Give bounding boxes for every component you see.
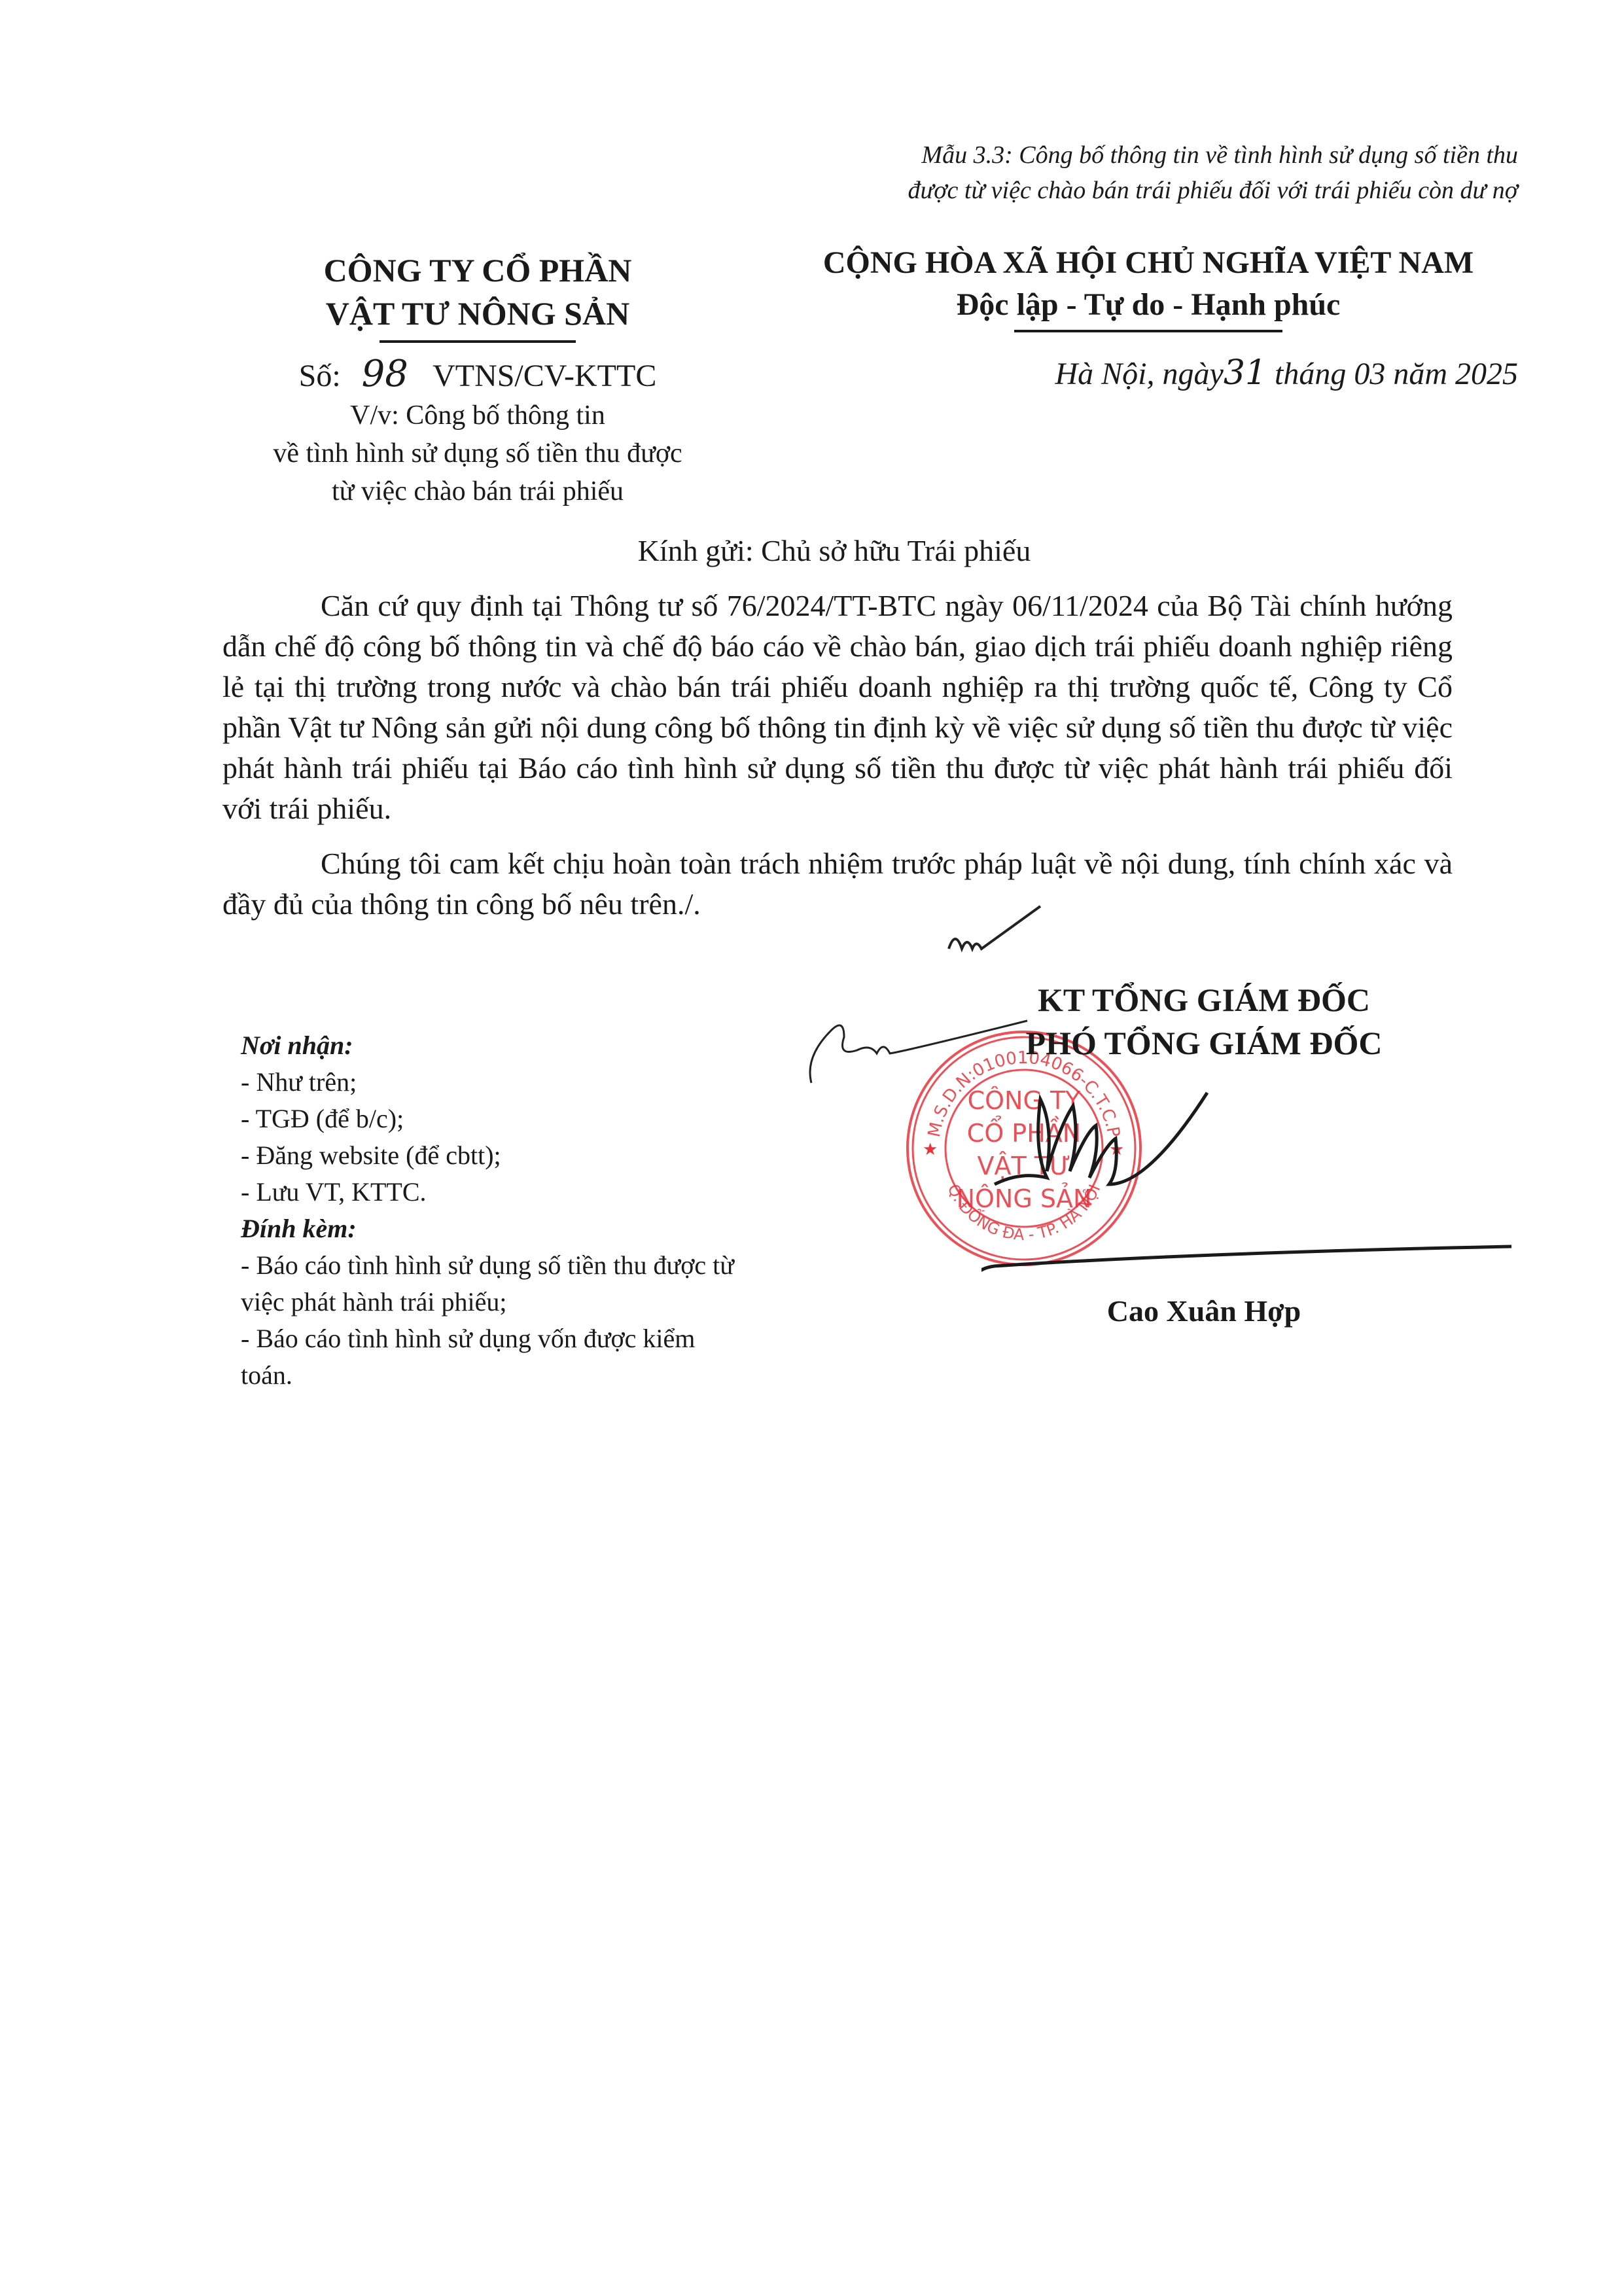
letter-body: Căn cứ quy định tại Thông tư số 76/2024/… [222, 586, 1453, 939]
doc-no-label: Số: [299, 359, 341, 393]
nation-name: CỘNG HÒA XÃ HỘI CHỦ NGHĨA VIỆT NAM [766, 242, 1531, 284]
recipient-item: - TGĐ (để b/c); [241, 1101, 751, 1137]
signatory-name: Cao Xuân Hợp [903, 1294, 1505, 1328]
recipient-item: - Đăng website (để cbtt); [241, 1137, 751, 1174]
motto-underline [1014, 330, 1282, 332]
body-paragraph-1: Căn cứ quy định tại Thông tư số 76/2024/… [222, 586, 1453, 829]
document-date: Hà Nội, ngày31 tháng 03 năm 2025 [929, 353, 1518, 393]
issuer-header: CÔNG TY CỔ PHẦN VẬT TƯ NÔNG SẢN Số: 98 V… [196, 249, 759, 510]
document-number: Số: 98 VTNS/CV-KTTC [196, 355, 759, 396]
date-suffix: tháng 03 năm 2025 [1275, 357, 1518, 391]
subject-line-2: về tình hình sử dụng số tiền thu được [196, 435, 759, 472]
company-name-line-2: VẬT TƯ NÔNG SẢN [196, 292, 759, 335]
recipient-item: - Lưu VT, KTTC. [241, 1174, 751, 1210]
attachments-label: Đính kèm: [241, 1210, 751, 1247]
handwritten-signature-icon [981, 1080, 1518, 1289]
signatory-role-line-2: PHÓ TỔNG GIÁM ĐỐC [903, 1021, 1505, 1065]
signatory-role-line-1: KT TỔNG GIÁM ĐỐC [903, 978, 1505, 1021]
body-paragraph-2: Chúng tôi cam kết chịu hoàn toàn trách n… [222, 843, 1453, 925]
attachment-item: - Báo cáo tình hình sử dụng số tiền thu … [241, 1247, 751, 1320]
subject-line-1: V/v: Công bố thông tin [196, 397, 759, 434]
subject-line-3: từ việc chào bán trái phiếu [196, 473, 759, 510]
form-template-note: Mẫu 3.3: Công bố thông tin về tình hình … [811, 137, 1518, 208]
recipients-block: Nơi nhận: - Như trên; - TGĐ (để b/c); - … [241, 1027, 751, 1394]
company-underline [380, 340, 576, 343]
form-note-line-2: được từ việc chào bán trái phiếu đối với… [811, 173, 1518, 208]
recipient-item: - Như trên; [241, 1064, 751, 1101]
company-name-line-1: CÔNG TY CỔ PHẦN [196, 249, 759, 292]
recipients-label: Nơi nhận: [241, 1027, 751, 1064]
doc-no-handwritten: 98 [362, 353, 408, 395]
national-header: CỘNG HÒA XÃ HỘI CHỦ NGHĨA VIỆT NAM Độc l… [766, 242, 1531, 332]
date-prefix: Hà Nội, ngày [1055, 357, 1224, 391]
date-day-handwritten: 31 [1224, 353, 1267, 393]
attachment-item: - Báo cáo tình hình sử dụng vốn được kiể… [241, 1320, 751, 1394]
form-note-line-1: Mẫu 3.3: Công bố thông tin về tình hình … [811, 137, 1518, 173]
initial-tick-icon [942, 903, 1053, 968]
salutation: Kính gửi: Chủ sở hữu Trái phiếu [196, 533, 1472, 568]
national-motto: Độc lập - Tự do - Hạnh phúc [766, 284, 1531, 326]
doc-no-suffix: VTNS/CV-KTTC [432, 359, 656, 393]
